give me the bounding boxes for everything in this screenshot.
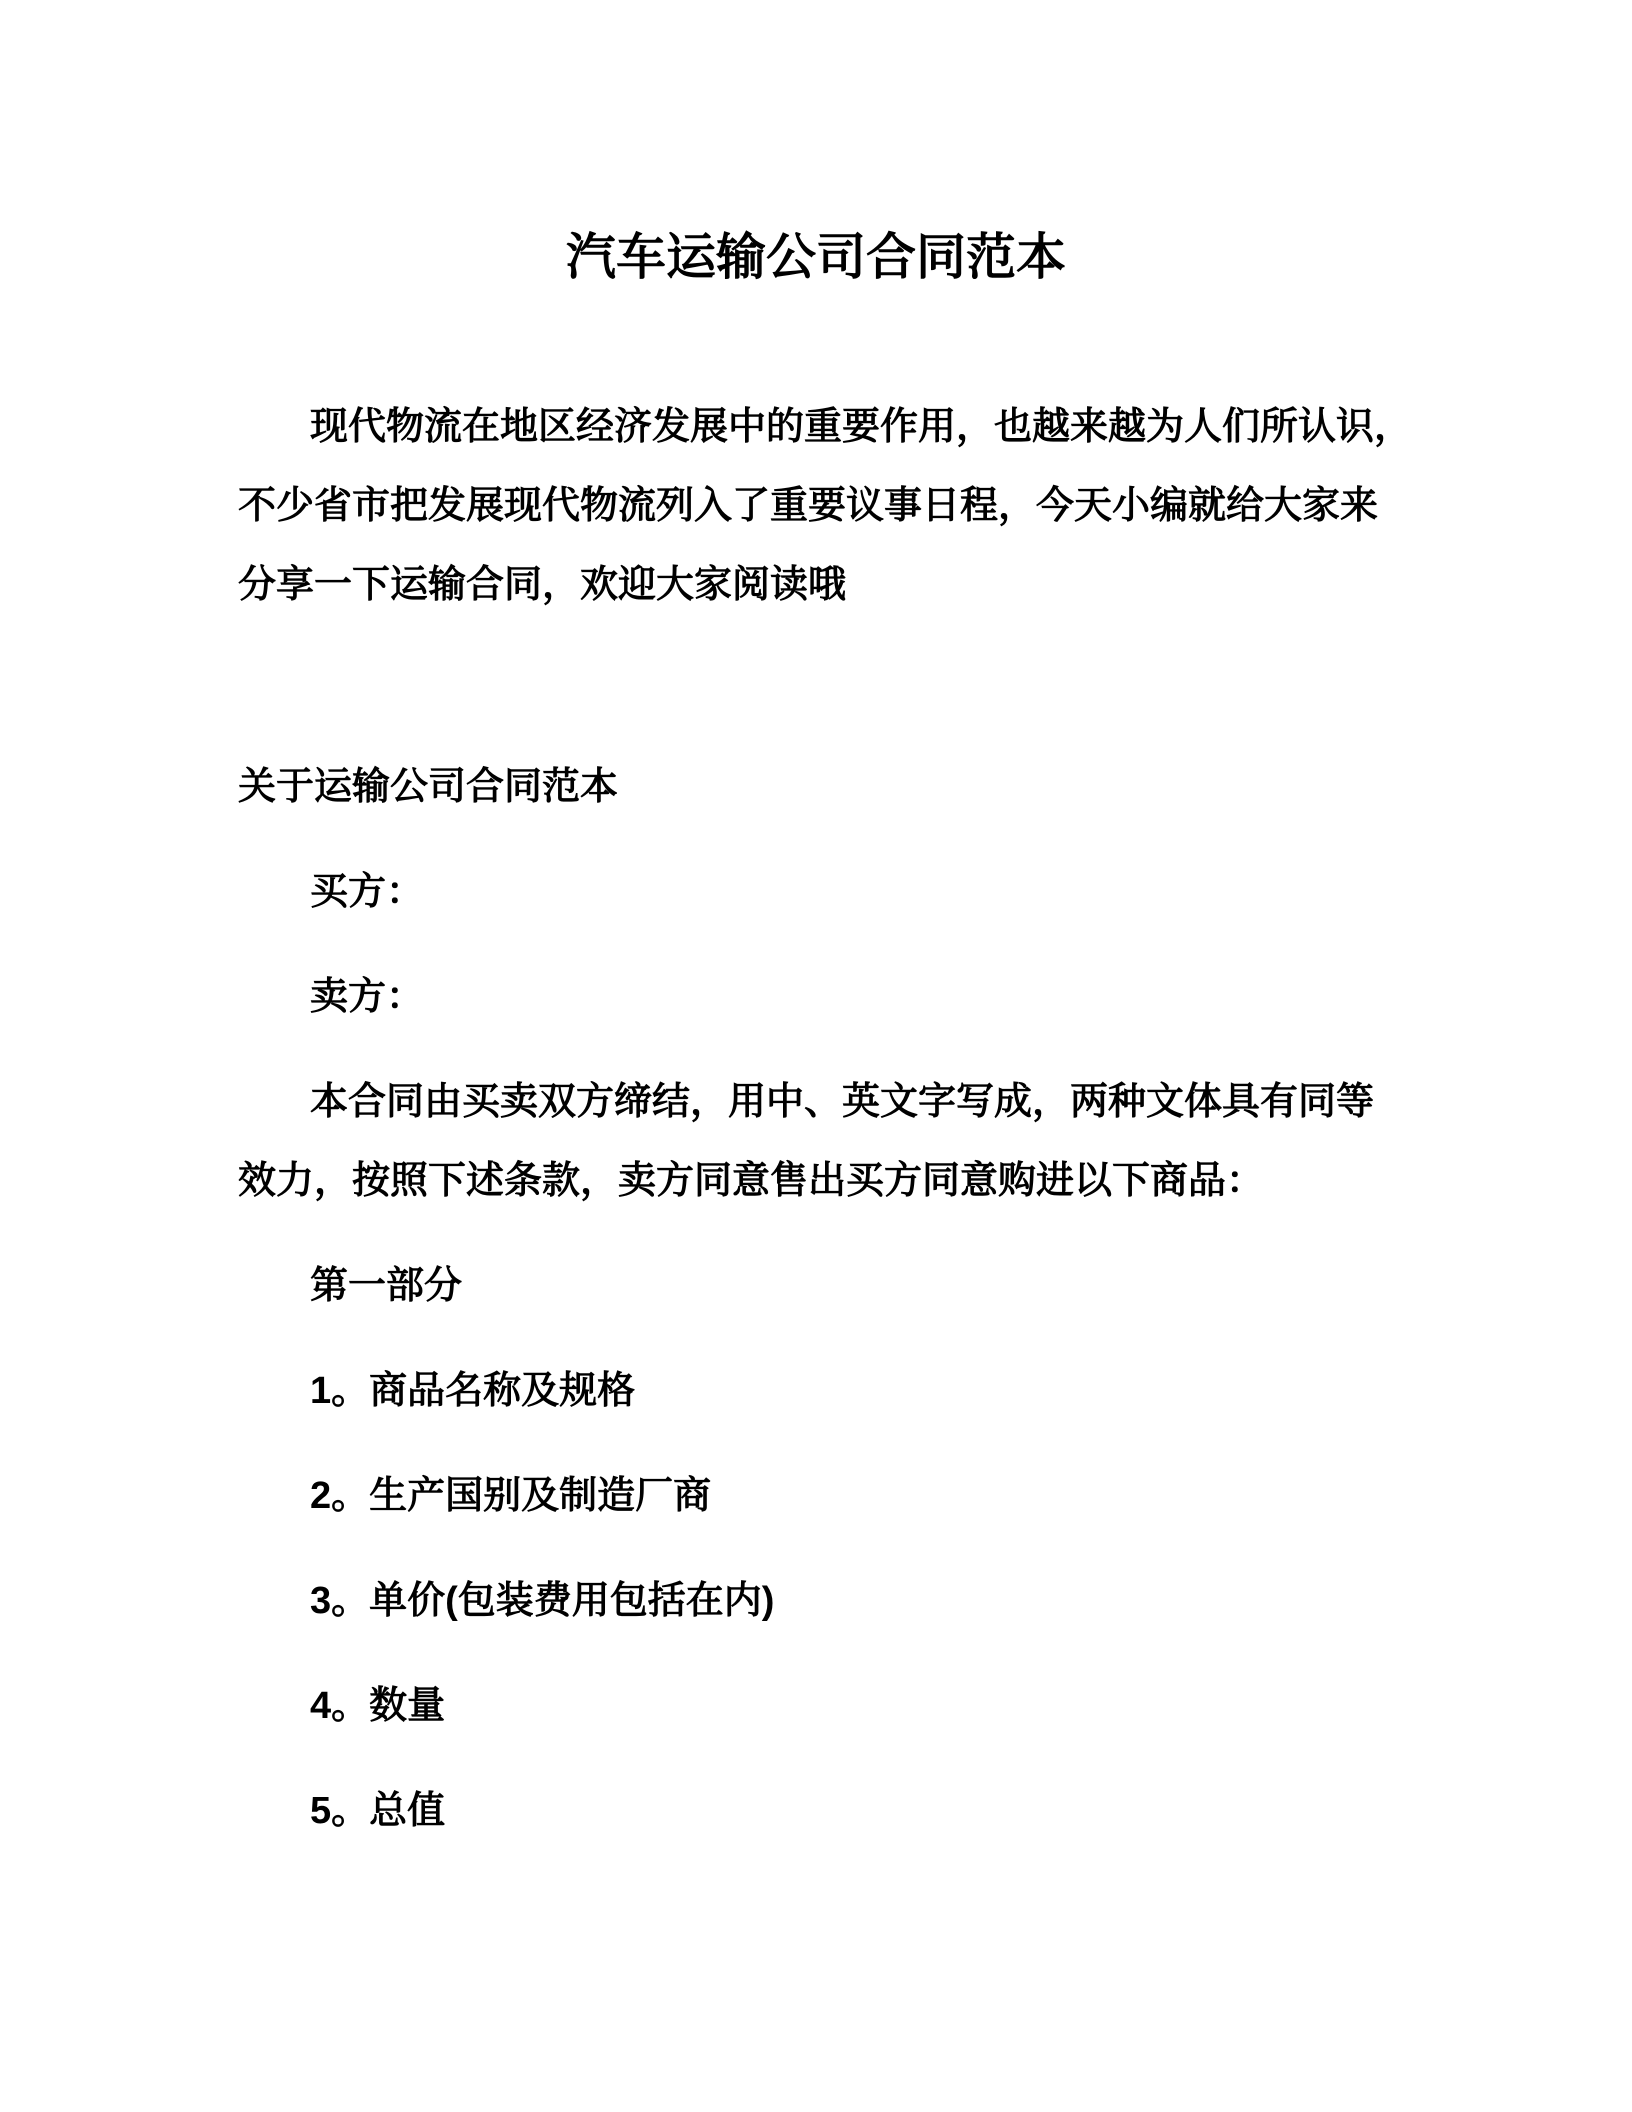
agreement-paragraph: 本合同由买卖双方缔结，用中、英文字写成，两种文体具有同等 效力，按照下述条款，卖… xyxy=(238,1063,1394,1221)
part-one-heading: 第一部分 xyxy=(238,1247,1394,1326)
agreement-line-1: 本合同由买卖双方缔结，用中、英文字写成，两种文体具有同等 xyxy=(238,1063,1394,1142)
list-item: 5。总值 xyxy=(238,1772,1394,1851)
intro-paragraph: 现代物流在地区经济发展中的重要作用，也越来越为人们所认识， 不少省市把发展现代物… xyxy=(238,388,1394,625)
seller-label: 卖方： xyxy=(238,958,1394,1037)
agreement-line-2: 效力，按照下述条款，卖方同意售出买方同意购进以下商品： xyxy=(238,1142,1394,1221)
document-page: 汽车运输公司合同范本 现代物流在地区经济发展中的重要作用，也越来越为人们所认识，… xyxy=(0,0,1632,2112)
list-item: 3。单价(包装费用包括在内) xyxy=(238,1562,1394,1641)
section-heading: 关于运输公司合同范本 xyxy=(238,748,1394,827)
intro-line-2: 不少省市把发展现代物流列入了重要议事日程，今天小编就给大家来 xyxy=(238,467,1394,546)
list-item: 1。商品名称及规格 xyxy=(238,1352,1394,1431)
intro-line-3: 分享一下运输合同，欢迎大家阅读哦 xyxy=(238,546,1394,625)
list-item: 4。数量 xyxy=(238,1667,1394,1746)
document-title: 汽车运输公司合同范本 xyxy=(238,222,1394,292)
buyer-label: 买方： xyxy=(238,853,1394,932)
intro-line-1: 现代物流在地区经济发展中的重要作用，也越来越为人们所认识， xyxy=(238,388,1394,467)
list-item: 2。生产国别及制造厂商 xyxy=(238,1457,1394,1536)
